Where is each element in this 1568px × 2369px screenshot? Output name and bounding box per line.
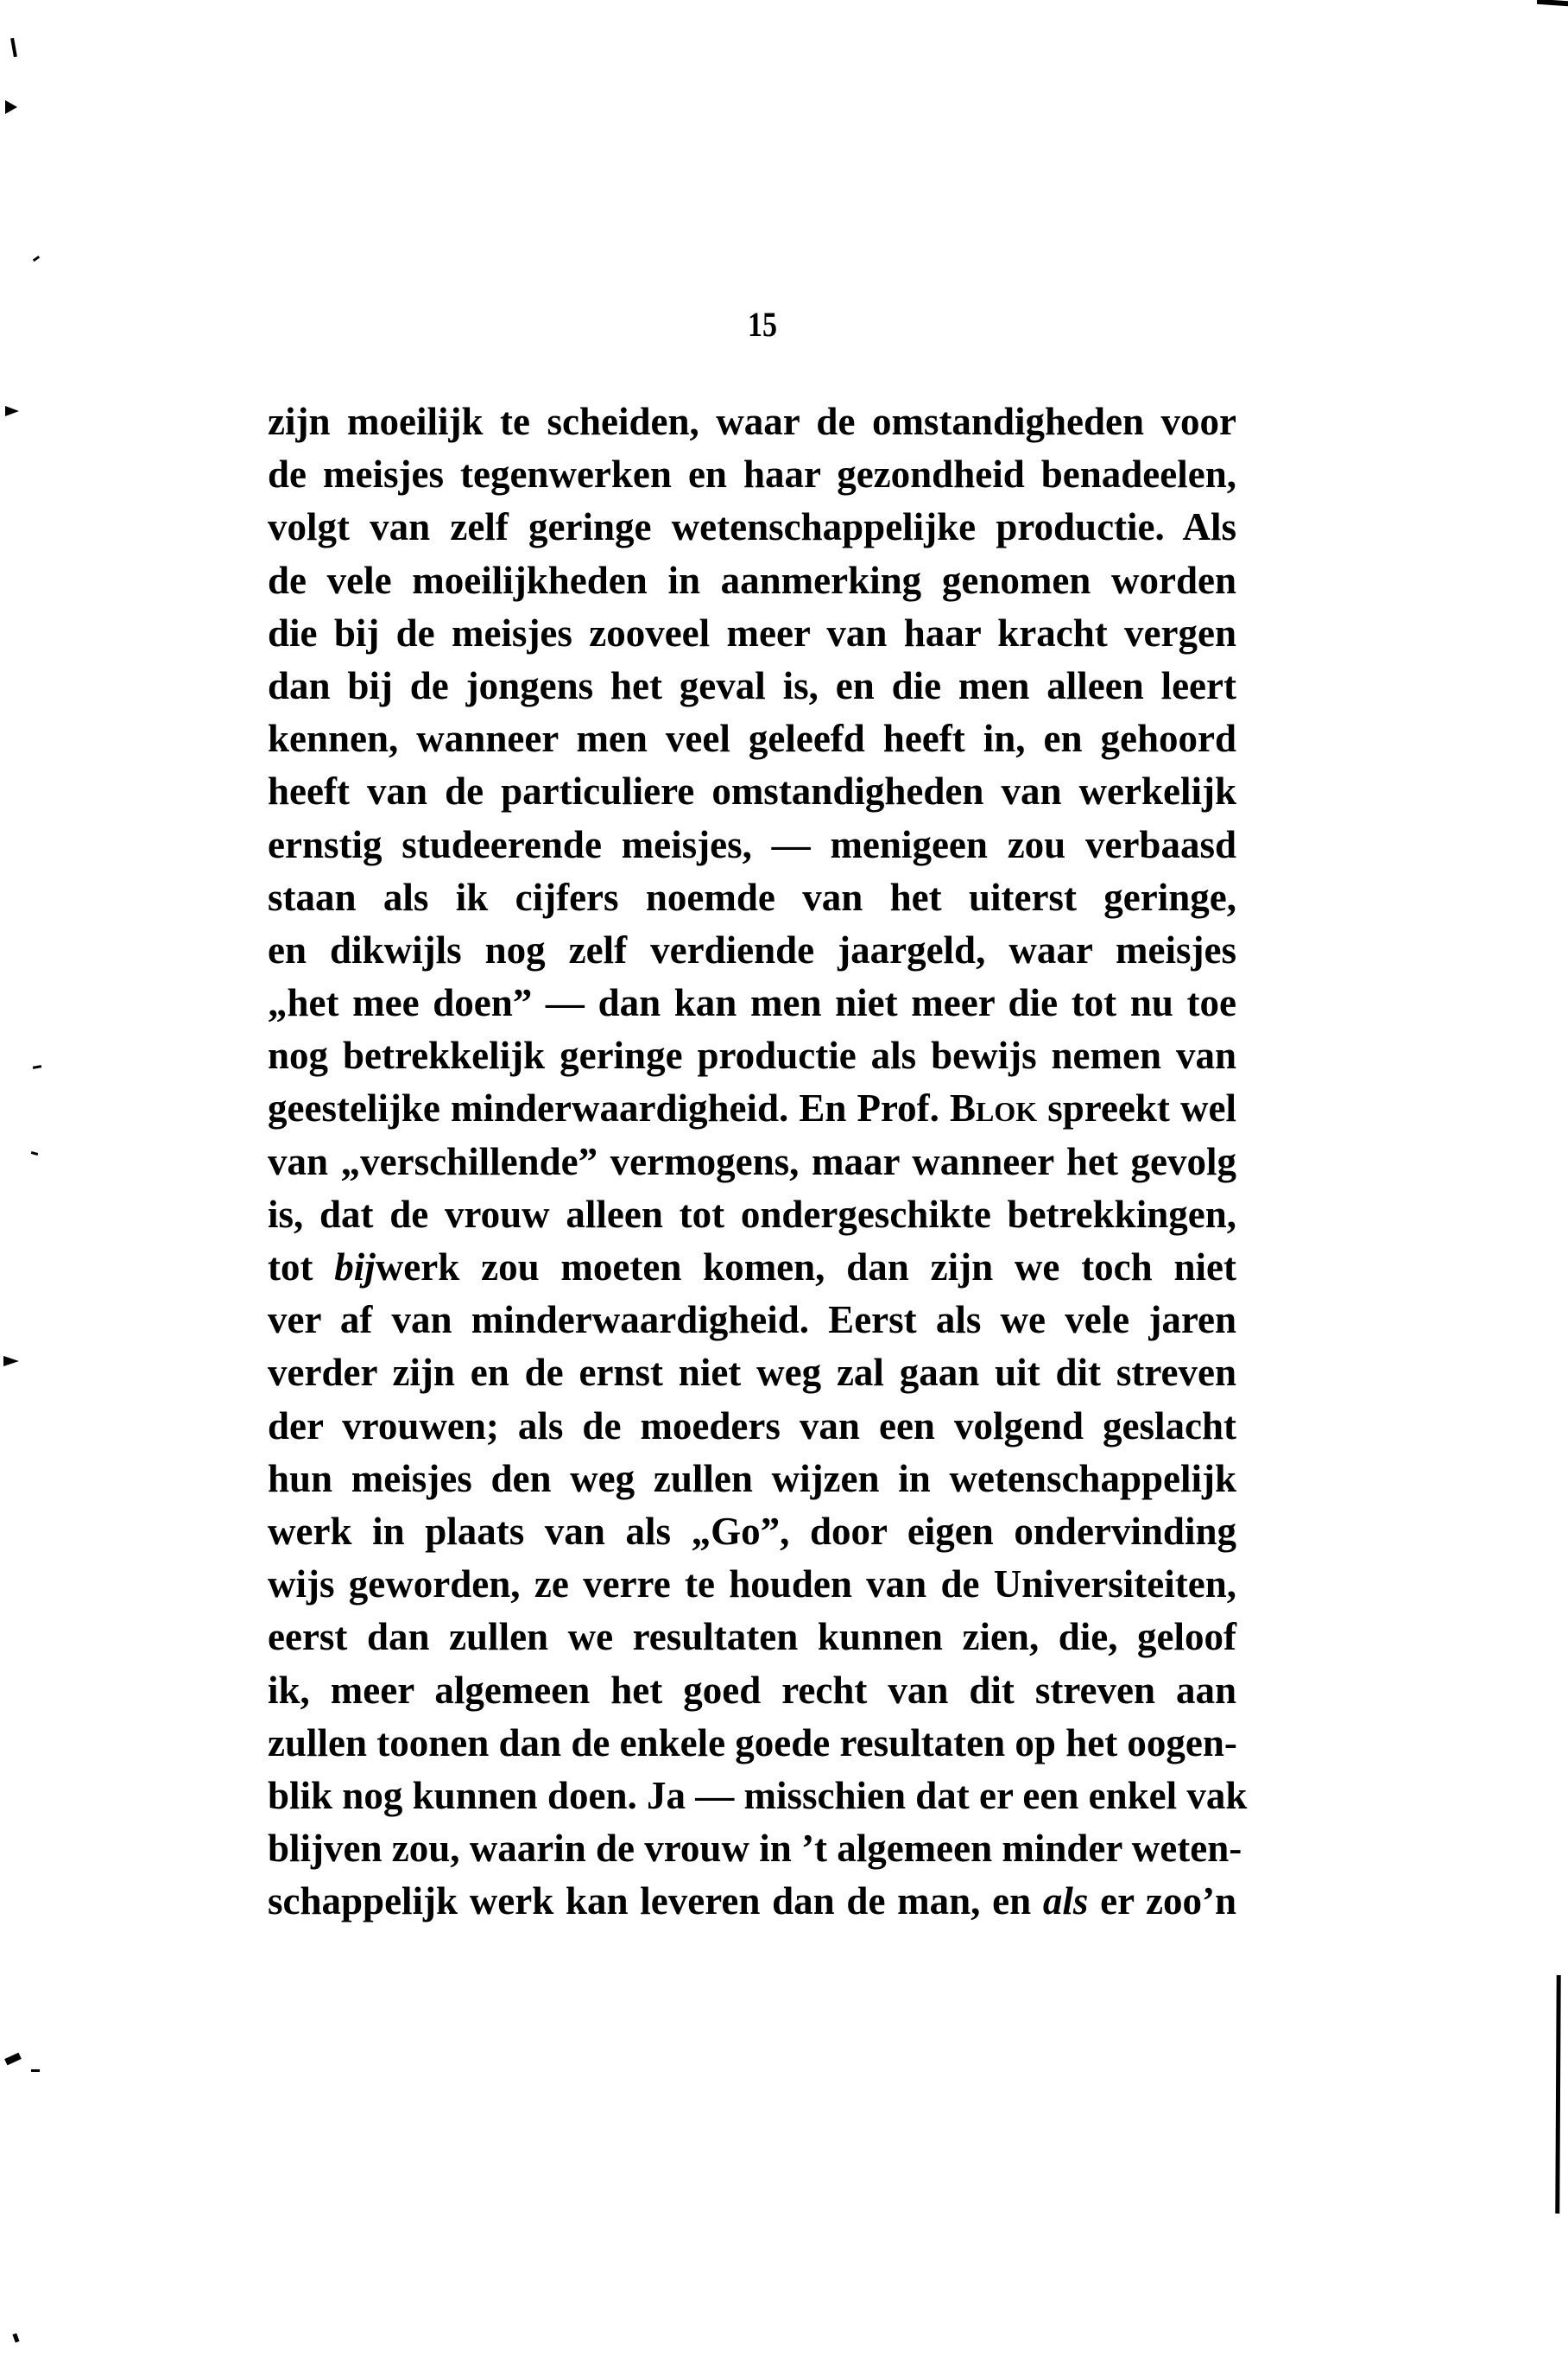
text-segment: kennen, wanneer men veel geleefd heeft i…: [268, 717, 1236, 760]
text-segment: blijven zou, waarin de vrouw in ’t algem…: [268, 1827, 1242, 1870]
small-caps-name: Blok: [950, 1086, 1037, 1130]
text-line: dan bij de jongens het geval is, en die …: [268, 660, 1236, 713]
body-text: zijn moeilijk te scheiden, waar de omsta…: [268, 396, 1236, 1928]
text-segment: heeft van de particuliere omstandigheden…: [268, 770, 1236, 813]
text-line: staan als ik cijfers noemde van het uite…: [268, 871, 1236, 924]
scan-artifact-dash-mark: [31, 2069, 40, 2072]
italic-emphasis: bij: [334, 1245, 376, 1289]
text-segment: ik, meer algemeen het goed recht van dit…: [268, 1669, 1236, 1712]
scan-artifact-arrow-mark: [5, 406, 19, 416]
text-segment: wijs geworden, ze verre te houden van de…: [268, 1562, 1236, 1606]
text-line: nog betrekkelijk geringe productie als b…: [268, 1029, 1236, 1082]
text-segment: er zoo’n: [1088, 1879, 1236, 1922]
text-line: van „verschillende” vermogens, maar wann…: [268, 1136, 1236, 1188]
text-segment: ernstig studeerende meisjes, — menigeen …: [268, 823, 1236, 866]
text-line: der vrouwen; als de moeders van een volg…: [268, 1400, 1236, 1453]
text-line: schappelijk werk kan leveren dan de man,…: [268, 1875, 1236, 1928]
text-segment: „het mee doen” — dan kan men niet meer d…: [268, 981, 1236, 1024]
text-segment: blik nog kunnen doen. Ja — misschien dat…: [268, 1774, 1247, 1817]
text-segment: tot: [268, 1245, 334, 1289]
text-segment: en dikwijls nog zelf verdiende jaargeld,…: [268, 928, 1236, 972]
text-segment: ver af van minderwaardigheid. Eerst als …: [268, 1298, 1236, 1341]
text-line: de vele moeilijkheden in aanmerking geno…: [268, 554, 1236, 607]
text-segment: van „verschillende” vermogens, maar wann…: [268, 1140, 1236, 1183]
scan-artifact-dash-mark: [33, 256, 40, 262]
text-line: hun meisjes den weg zullen wijzen in wet…: [268, 1453, 1236, 1505]
scan-artifact-dash-mark: [33, 1065, 41, 1069]
text-line: „het mee doen” — dan kan men niet meer d…: [268, 977, 1236, 1029]
text-line: zijn moeilijk te scheiden, waar de omsta…: [268, 396, 1236, 448]
text-line: geestelijke minderwaardigheid. En Prof. …: [268, 1082, 1236, 1135]
scan-artifact-arrow-mark: [3, 1356, 19, 1366]
scan-artifact-top-right-edge: [1537, 0, 1568, 6]
page-number: 15: [114, 304, 1410, 345]
text-segment: eerst dan zullen we resultaten kunnen zi…: [268, 1615, 1236, 1658]
text-segment: werk in plaats van als „Go”, door eigen …: [268, 1510, 1236, 1553]
text-segment: geestelijke minderwaardigheid. En Prof.: [268, 1086, 950, 1130]
text-segment: zijn moeilijk te scheiden, waar de omsta…: [268, 400, 1236, 443]
text-segment: spreekt wel: [1037, 1086, 1236, 1130]
text-line: die bij de meisjes zooveel meer van haar…: [268, 607, 1236, 660]
text-line: eerst dan zullen we resultaten kunnen zi…: [268, 1611, 1236, 1663]
text-segment: nog betrekkelijk geringe productie als b…: [268, 1034, 1236, 1077]
text-segment: dan bij de jongens het geval is, en die …: [268, 664, 1236, 707]
scan-artifact-arrow-mark: [5, 100, 17, 114]
text-line: kennen, wanneer men veel geleefd heeft i…: [268, 713, 1236, 765]
text-segment: de meisjes tegenwerken en haar gezondhei…: [268, 453, 1236, 496]
text-line: ik, meer algemeen het goed recht van dit…: [268, 1664, 1236, 1717]
text-line: ernstig studeerende meisjes, — menigeen …: [268, 819, 1236, 871]
scan-artifact-bottom-left-mark: [12, 2333, 19, 2342]
text-line: heeft van de particuliere omstandigheden…: [268, 765, 1236, 818]
text-line: blik nog kunnen doen. Ja — misschien dat…: [268, 1770, 1236, 1822]
text-segment: de vele moeilijkheden in aanmerking geno…: [268, 559, 1236, 602]
text-line: de meisjes tegenwerken en haar gezondhei…: [268, 448, 1236, 501]
text-segment: volgt van zelf geringe wetenschappelijke…: [268, 505, 1236, 548]
text-segment: zullen toonen dan de enkele goede result…: [268, 1721, 1237, 1764]
text-segment: staan als ik cijfers noemde van het uite…: [268, 876, 1236, 919]
text-line: blijven zou, waarin de vrouw in ’t algem…: [268, 1822, 1236, 1875]
text-line: tot bijwerk zou moeten komen, dan zijn w…: [268, 1241, 1236, 1294]
text-line: ver af van minderwaardigheid. Eerst als …: [268, 1294, 1236, 1346]
text-segment: hun meisjes den weg zullen wijzen in wet…: [268, 1457, 1236, 1500]
text-segment: verder zijn en de ernst niet weg zal gaa…: [268, 1351, 1236, 1394]
text-line: volgt van zelf geringe wetenschappelijke…: [268, 501, 1236, 554]
scan-artifact-right-vertical-line: [1555, 1975, 1560, 2214]
text-segment: werk zou moeten komen, dan zijn we toch …: [376, 1245, 1236, 1289]
text-line: verder zijn en de ernst niet weg zal gaa…: [268, 1346, 1236, 1399]
scan-artifact-dash-mark: [31, 1151, 39, 1156]
text-line: wijs geworden, ze verre te houden van de…: [268, 1558, 1236, 1611]
text-segment: schappelijk werk kan leveren dan de man,…: [268, 1879, 1043, 1922]
text-segment: die bij de meisjes zooveel meer van haar…: [268, 611, 1236, 655]
italic-emphasis: als: [1043, 1879, 1089, 1922]
text-line: is, dat de vrouw alleen tot ondergeschik…: [268, 1188, 1236, 1241]
scan-artifact-top-left-mark: [10, 38, 17, 57]
text-line: werk in plaats van als „Go”, door eigen …: [268, 1505, 1236, 1558]
text-line: en dikwijls nog zelf verdiende jaargeld,…: [268, 924, 1236, 977]
text-segment: is, dat de vrouw alleen tot ondergeschik…: [268, 1193, 1236, 1236]
scan-artifact-smudge-mark: [4, 2053, 22, 2066]
text-line: zullen toonen dan de enkele goede result…: [268, 1717, 1236, 1770]
text-segment: der vrouwen; als de moeders van een volg…: [268, 1404, 1236, 1447]
